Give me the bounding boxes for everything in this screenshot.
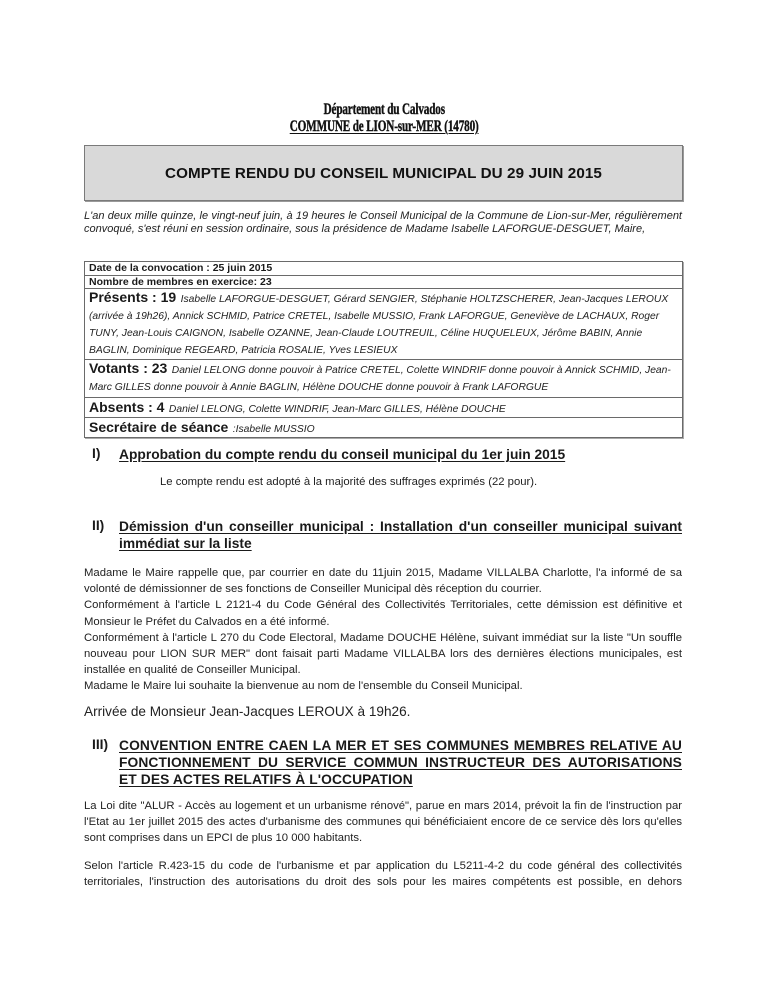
secretary-name: :Isabelle MUSSIO: [233, 424, 315, 435]
presents-row: Présents : 19 Isabelle LAFORGUE-DESGUET,…: [85, 289, 682, 360]
section-title: Démission d'un conseiller municipal : In…: [119, 518, 682, 552]
section-3-paragraph-1: La Loi dite "ALUR - Accès au logement et…: [84, 798, 682, 847]
votants-row: Votants : 23 Daniel LELONG donne pouvoir…: [85, 360, 682, 398]
section-number: II): [92, 518, 104, 533]
section-title: CONVENTION ENTRE CAEN LA MER ET SES COMM…: [119, 737, 682, 788]
absents-names: Daniel LELONG, Colette WINDRIF, Jean-Mar…: [169, 404, 506, 415]
paragraph: Madame le Maire lui souhaite la bienvenu…: [84, 678, 682, 694]
intro-paragraph: L'an deux mille quinze, le vingt-neuf ju…: [84, 210, 682, 237]
votants-names: Daniel LELONG donne pouvoir à Patrice CR…: [89, 365, 671, 393]
section-3-paragraph-2: Selon l'article R.423-15 du code de l'ur…: [84, 858, 682, 890]
presents-label: Présents : 19: [89, 289, 176, 305]
presents-names: Isabelle LAFORGUE-DESGUET, Gérard SENGIE…: [89, 294, 668, 356]
absents-label: Absents : 4: [89, 399, 164, 415]
section-number: I): [92, 446, 100, 461]
absents-row: Absents : 4 Daniel LELONG, Colette WINDR…: [85, 398, 682, 418]
arrival-note: Arrivée de Monsieur Jean-Jacques LEROUX …: [84, 704, 682, 720]
document-title-box: COMPTE RENDU DU CONSEIL MUNICIPAL DU 29 …: [84, 145, 683, 201]
secretary-row: Secrétaire de séance :Isabelle MUSSIO: [85, 418, 682, 437]
section-1-body: Le compte rendu est adopté à la majorité…: [160, 474, 680, 490]
paragraph: Conformément à l'article L 270 du Code E…: [84, 630, 682, 679]
paragraph: Conformément à l'article L 2121-4 du Cod…: [84, 597, 682, 629]
section-number: III): [92, 737, 108, 752]
section-2-body: Madame le Maire rappelle que, par courri…: [84, 565, 682, 695]
votants-label: Votants : 23: [89, 360, 167, 376]
department-heading: Département du Calvados: [0, 101, 768, 119]
members-count-row: Nombre de membres en exercice: 23: [85, 276, 682, 290]
paragraph: Madame le Maire rappelle que, par courri…: [84, 565, 682, 597]
secretary-label: Secrétaire de séance: [89, 419, 228, 435]
attendance-table: Date de la convocation : 25 juin 2015 No…: [84, 261, 683, 438]
section-title: Approbation du compte rendu du conseil m…: [119, 446, 682, 463]
commune-heading: COMMUNE de LION-sur-MER (14780): [0, 118, 768, 136]
paragraph: Le compte rendu est adopté à la majorité…: [160, 474, 680, 490]
document-title: COMPTE RENDU DU CONSEIL MUNICIPAL DU 29 …: [165, 165, 602, 182]
convocation-date-row: Date de la convocation : 25 juin 2015: [85, 262, 682, 276]
